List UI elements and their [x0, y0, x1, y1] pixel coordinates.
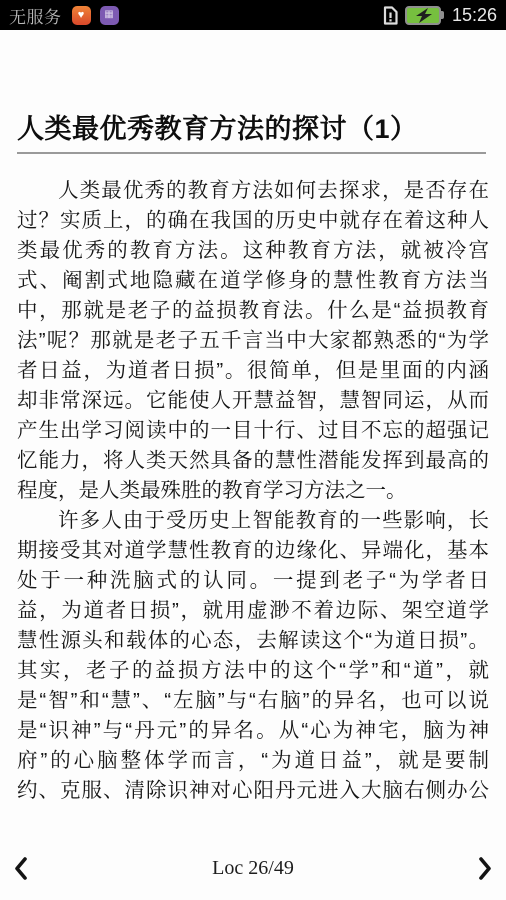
text-line: 慧性源头和载体的心态，去解读这个“为道日损”。: [17, 626, 489, 656]
text-line: 者日益，为道者日损”。很简单，但是里面的内涵: [17, 356, 489, 386]
text-line: 期接受其对道学慧性教育的边缘化、异端化，基本: [17, 536, 489, 566]
location-indicator: Loc 26/49: [212, 857, 294, 880]
battery-charging-icon: [405, 6, 445, 25]
paragraph-2: 许多人由于受历史上智能教育的一些影响，长期接受其对道学慧性教育的边缘化、异端化，…: [17, 506, 489, 806]
text-line: 过？实质上，的确在我国的历史中就存在着这种人: [17, 206, 489, 236]
text-line: 其实，老子的益损方法中的这个“学”和“道”，就: [17, 656, 489, 686]
text-line: 人类最优秀的教育方法如何去探求，是否存在: [17, 176, 489, 206]
text-line: 约、克服、清除识神对心阳丹元进入大脑右侧办公: [17, 776, 489, 806]
ebook-reader-screen: 无服务 ♥ ▦ 15:26 人类最优秀教育方法的探讨（1）: [0, 0, 506, 900]
text-line: 益，为道者日损”，就用虚渺不着边际、架空道学: [17, 596, 489, 626]
chapter-title: 人类最优秀教育方法的探讨（1）: [17, 112, 486, 146]
text-line: 处于一种洗脑式的认同。一提到老子“为学者日: [17, 566, 489, 596]
text-line: 是“识神”与“丹元”的异名。从“心为神宅，脑为神: [17, 716, 489, 746]
next-page-button[interactable]: [476, 854, 495, 883]
reader-page-content[interactable]: 人类最优秀的教育方法如何去探求，是否存在过？实质上，的确在我国的历史中就存在着这…: [17, 176, 489, 806]
text-line: 许多人由于受历史上智能教育的一些影响，长: [17, 506, 489, 536]
paragraph-1: 人类最优秀的教育方法如何去探求，是否存在过？实质上，的确在我国的历史中就存在着这…: [17, 176, 489, 506]
grid-icon: ▦: [104, 10, 113, 20]
status-bar: 无服务 ♥ ▦ 15:26: [0, 0, 506, 30]
menu-button[interactable]: [10, 47, 40, 71]
text-line: 类最优秀的教育方法。这种教育方法，就被冷宫: [17, 236, 489, 266]
sim-alert-icon: [383, 6, 398, 25]
previous-page-button[interactable]: [11, 854, 30, 883]
text-line: 却非常深远。它能使人开慧益智，慧智同运，从而: [17, 386, 489, 416]
reader-footer: Loc 26/49: [0, 846, 506, 890]
text-line: 府”的心脑整体学而言，“为道日益”，就是要制: [17, 746, 489, 776]
text-line: 法”呢？那就是老子五千言当中大家都熟悉的“为学: [17, 326, 489, 356]
text-line: 忆能力，将人类天然具备的慧性潜能发挥到最高的: [17, 446, 489, 476]
text-line: 是“智”和“慧”、“左脑”与“右脑”的异名，也可以说: [17, 686, 489, 716]
text-line: 中，那就是老子的益损教育法。什么是“益损教育: [17, 296, 489, 326]
text-line: 式、阉割式地隐藏在道学修身的慧性教育方法当: [17, 266, 489, 296]
clock-time: 15:26: [452, 5, 497, 26]
notification-app-icon-orange: ♥: [72, 6, 91, 25]
chapter-title-block: 人类最优秀教育方法的探讨（1）: [17, 112, 486, 154]
notification-app-icon-purple: ▦: [100, 6, 119, 25]
chevron-right-icon: [478, 856, 493, 881]
heart-icon: ♥: [78, 10, 85, 21]
chevron-left-icon: [13, 856, 28, 881]
text-line: 程度，是人类最殊胜的教育学习方法之一。: [17, 476, 489, 506]
carrier-status: 无服务: [9, 3, 62, 28]
text-line: 产生出学习阅读中的一目十行、过目不忘的超强记: [17, 416, 489, 446]
